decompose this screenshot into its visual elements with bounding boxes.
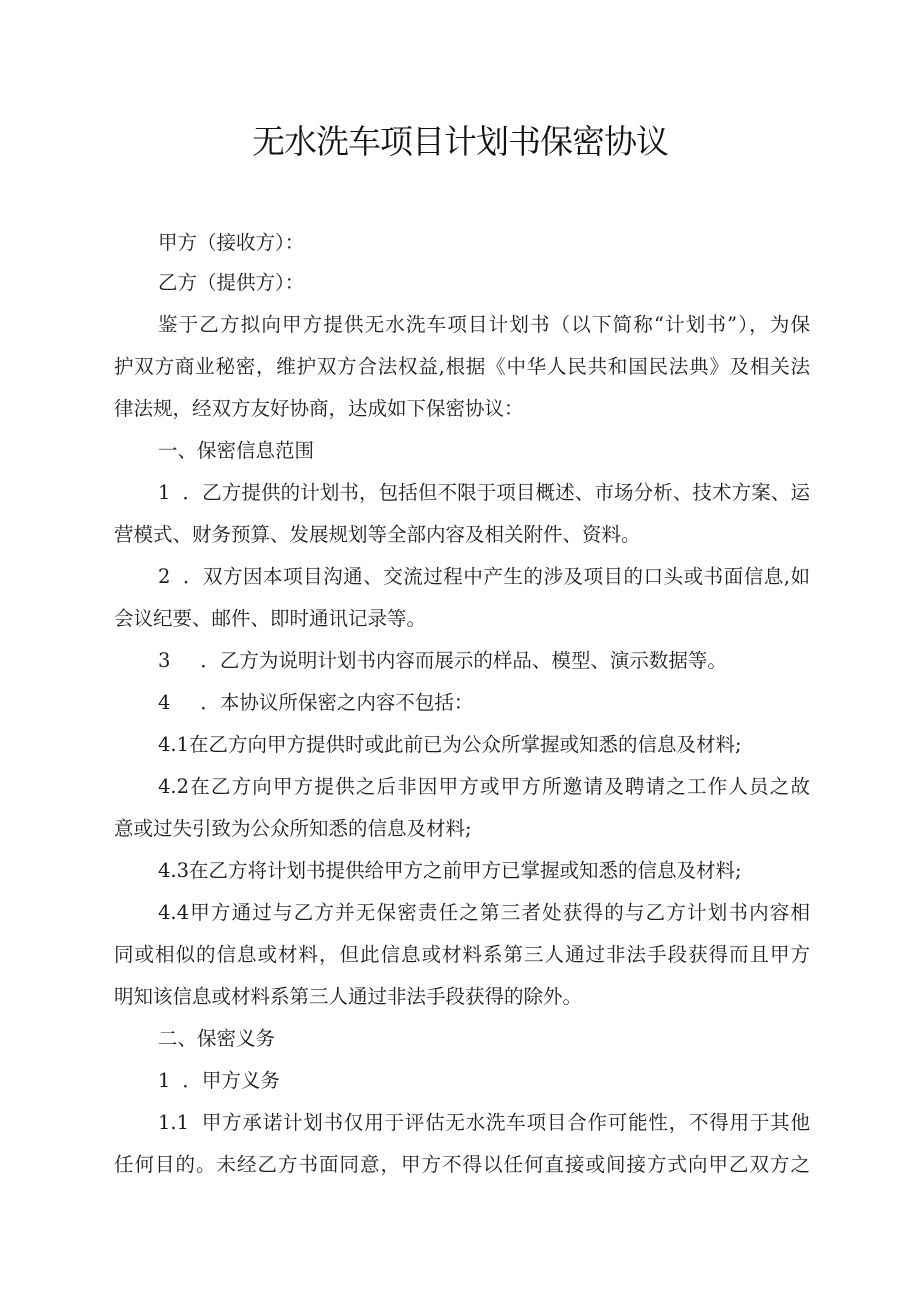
item-4-1: 4.1在乙方向甲方提供时或此前已为公众所掌握或知悉的信息及材料; <box>158 730 742 760</box>
item-1-number: 1 <box>158 481 170 504</box>
item-3-text: ．乙方为说明计划书内容而展示的样品、模型、演示数据等。 <box>200 649 727 672</box>
item-1-1-line-2: 任何目的。未经乙方书面同意，甲方不得以任何直接或间接方式向甲乙双方之 <box>114 1150 810 1180</box>
item-1-line-1: 1．乙方提供的计划书，包括但不限于项目概述、市场分析、技术方案、运 <box>158 478 810 508</box>
item-1-text: ．乙方提供的计划书，包括但不限于项目概述、市场分析、技术方案、运 <box>182 481 810 504</box>
preamble-line-3: 律法规，经双方友好协商，达成如下保密协议： <box>114 394 524 424</box>
sub-1-number: 1 <box>158 1069 170 1092</box>
item-2-number: 2 <box>158 565 170 588</box>
item-4: 4．本协议所保密之内容不包括： <box>158 688 473 718</box>
section-1-heading: 一、保密信息范围 <box>158 436 314 466</box>
item-1-1-text: 甲方承诺计划书仅用于评估无水洗车项目合作可能性，不得用于其他 <box>201 1111 810 1134</box>
item-4-4-line-2: 同或相似的信息或材料，但此信息或材料系第三人通过非法手段获得而且甲方 <box>114 940 810 970</box>
sub-1-text: ．甲方义务 <box>182 1069 280 1092</box>
document-title: 无水洗车项目计划书保密协议 <box>0 118 920 166</box>
party-a-label: 甲方（接收方）： <box>158 228 304 258</box>
item-3: 3．乙方为说明计划书内容而展示的样品、模型、演示数据等。 <box>158 646 727 676</box>
item-3-number: 3 <box>158 649 170 672</box>
item-4-2-line-2: 意或过失引致为公众所知悉的信息及材料; <box>114 814 472 844</box>
item-2-text: ．双方因本项目沟通、交流过程中产生的涉及项目的口头或书面信息,如 <box>182 565 810 588</box>
preamble-line-2: 护双方商业秘密，维护双方合法权益,根据《中华人民共和国民法典》及相关法 <box>114 352 810 382</box>
document-page: 无水洗车项目计划书保密协议 甲方（接收方）： 乙方（提供方）： 鉴于乙方拟向甲方… <box>0 0 920 1301</box>
item-1-1-number: 1.1 <box>158 1111 189 1134</box>
item-1-1-line-1: 1.1甲方承诺计划书仅用于评估无水洗车项目合作可能性，不得用于其他 <box>158 1108 810 1138</box>
item-2-line-2: 会议纪要、邮件、即时通讯记录等。 <box>114 604 426 634</box>
item-4-4-line-1: 4.4甲方通过与乙方并无保密责任之第三者处获得的与乙方计划书内容相 <box>158 898 810 928</box>
preamble-line-1: 鉴于乙方拟向甲方提供无水洗车项目计划书（以下简称“计划书”），为保 <box>158 310 810 340</box>
item-4-2-line-1: 4.2在乙方向甲方提供之后非因甲方或甲方所邀请及聘请之工作人员之故 <box>158 772 810 802</box>
party-b-label: 乙方（提供方）： <box>158 268 304 298</box>
item-2-line-1: 2．双方因本项目沟通、交流过程中产生的涉及项目的口头或书面信息,如 <box>158 562 810 592</box>
section-2-heading: 二、保密义务 <box>158 1024 275 1054</box>
section-2-sub-1-heading: 1．甲方义务 <box>158 1066 280 1096</box>
item-4-text: ．本协议所保密之内容不包括： <box>200 691 473 714</box>
item-1-line-2: 营模式、财务预算、发展规划等全部内容及相关附件、资料。 <box>114 520 641 550</box>
item-4-4-line-3: 明知该信息或材料系第三人通过非法手段获得的除外。 <box>114 982 582 1012</box>
item-4-3: 4.3在乙方将计划书提供给甲方之前甲方已掌握或知悉的信息及材料; <box>158 856 742 886</box>
item-4-number: 4 <box>158 691 170 714</box>
